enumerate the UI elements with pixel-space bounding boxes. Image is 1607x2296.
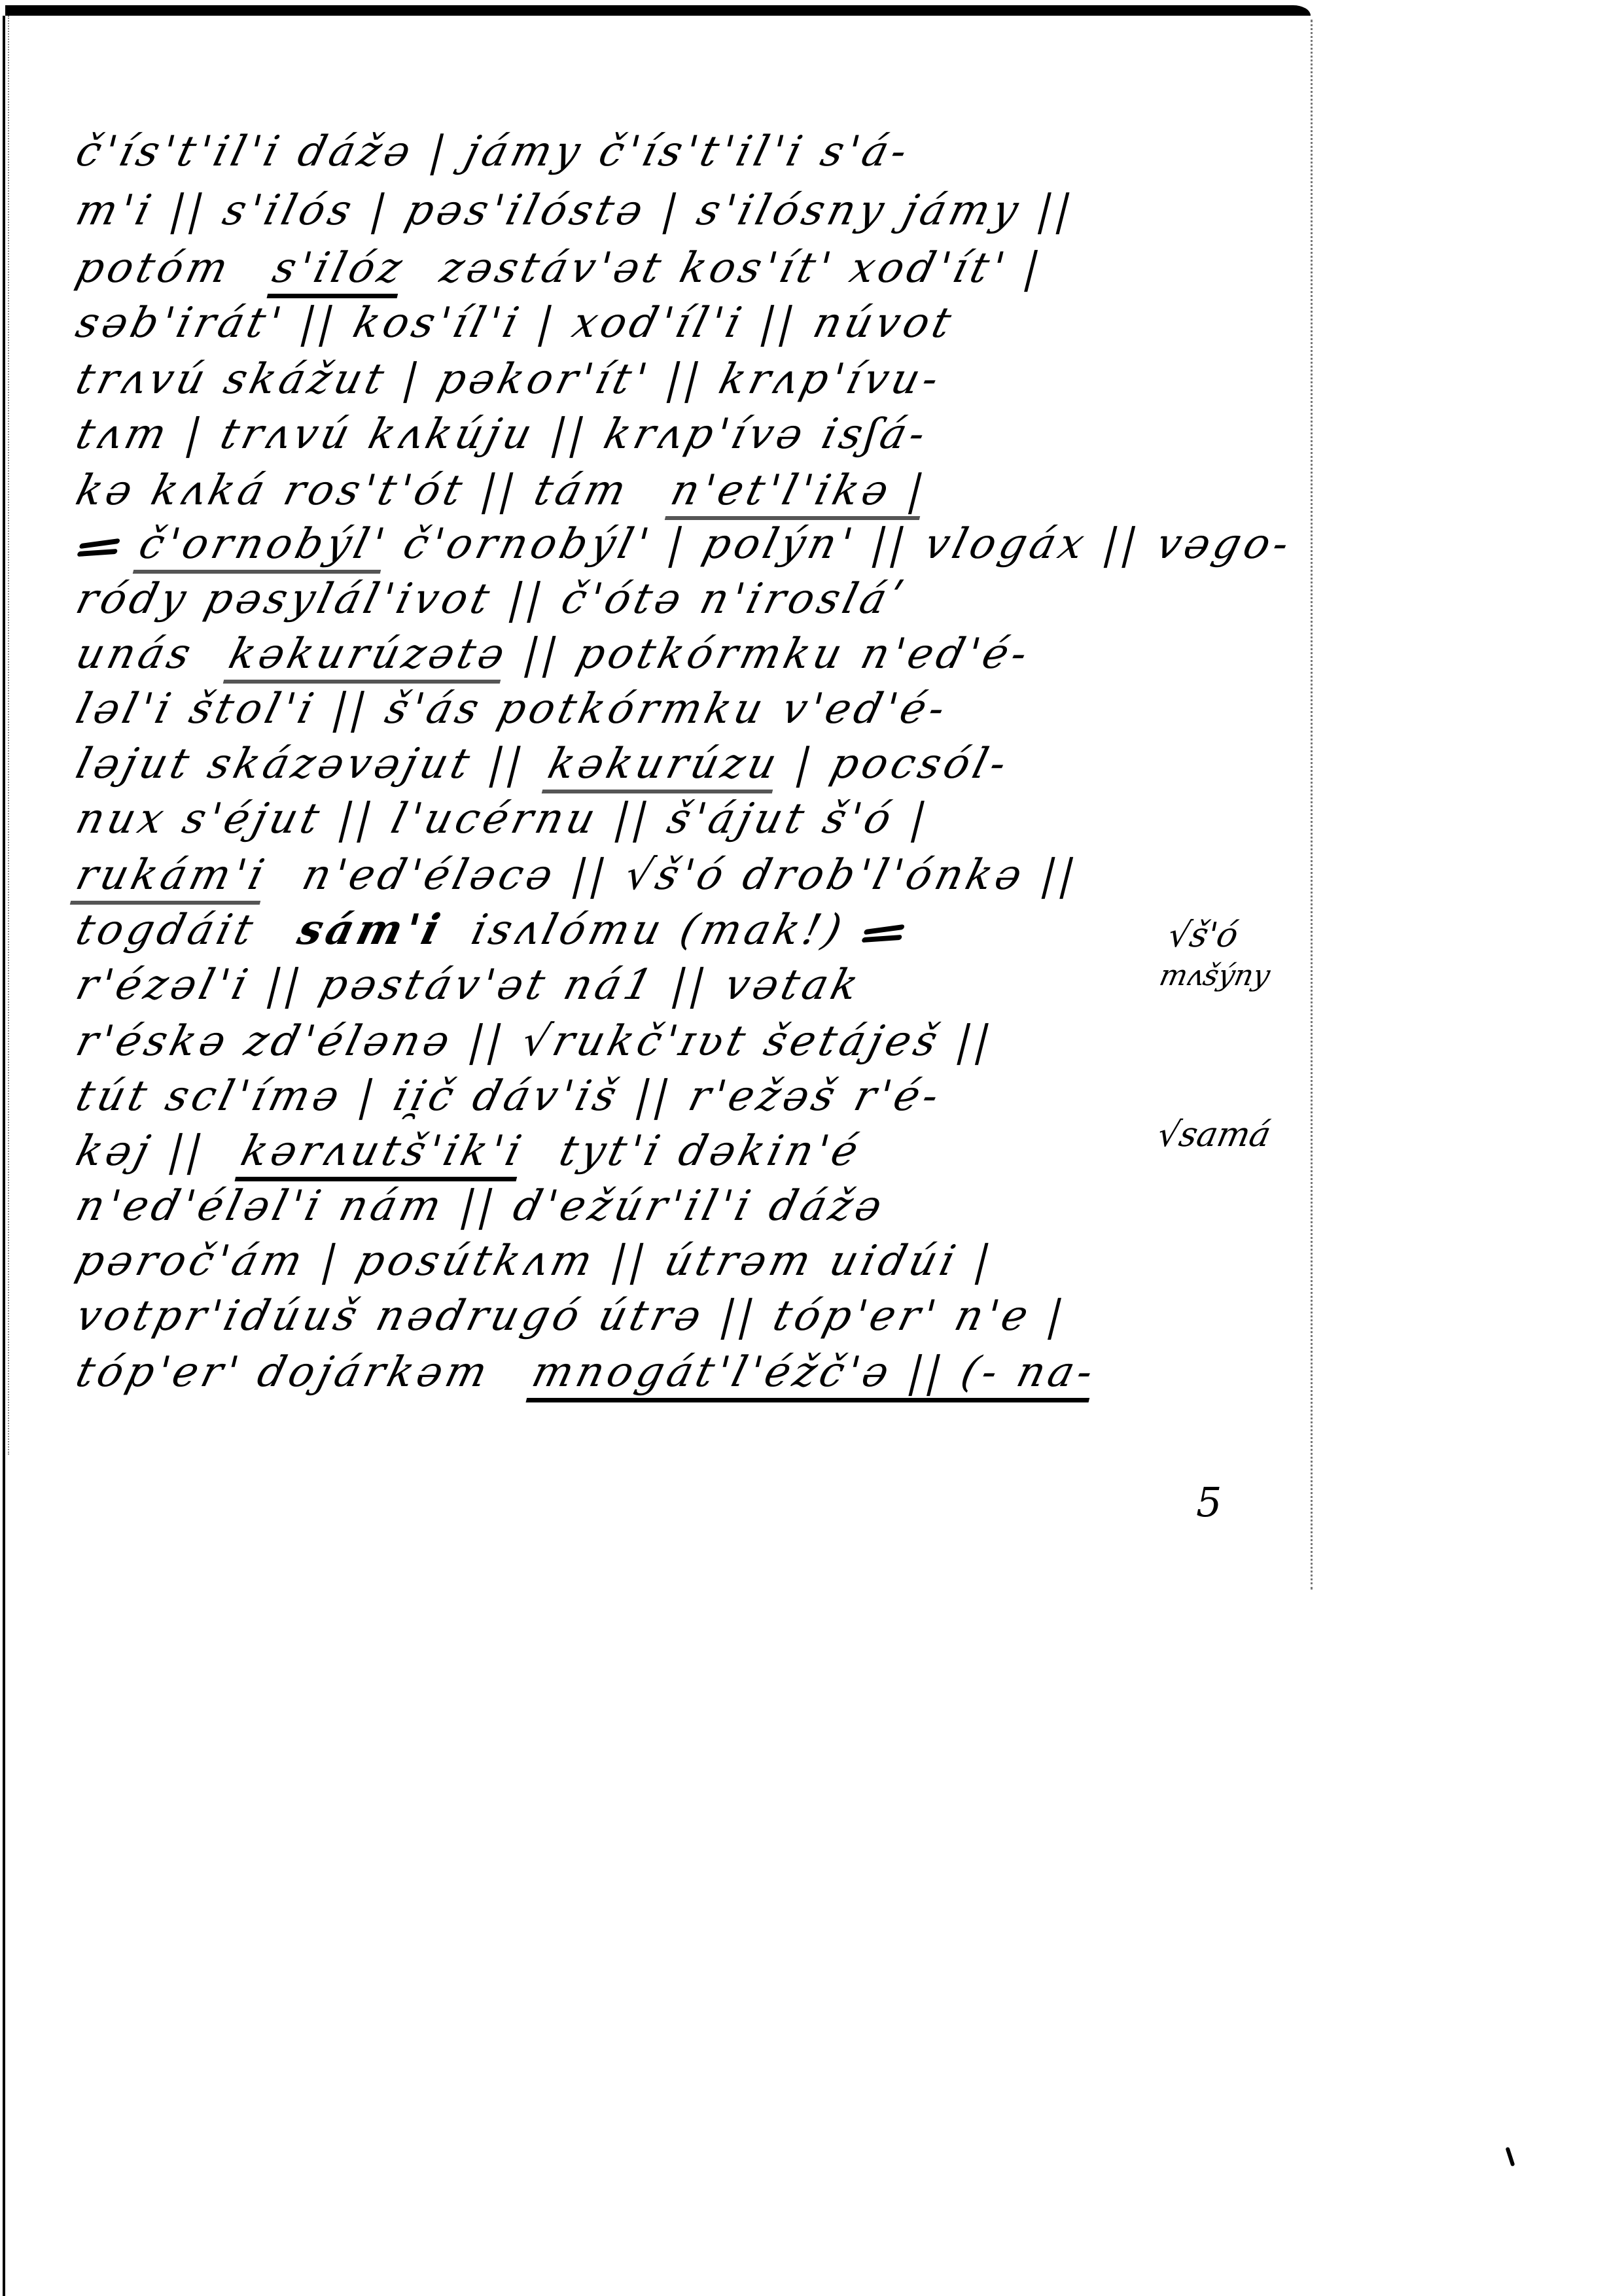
margin-note-text: √samá (1154, 1115, 1275, 1155)
emphasized-word-sami: sám'i (293, 905, 449, 954)
underlined-word-kakuruzata: kəkurúzətə (223, 630, 514, 684)
line-text: ləl'i štol'i || š'ás potkórmku v'ed'é- (71, 685, 954, 733)
text-line-2: m'i || s'ilós | pəs'ilóstə | s'ilósny já… (72, 190, 1080, 232)
line-text: č'ornobýl' | polýn' || vlogáx || vəgo- (398, 520, 1298, 568)
line-text: unás (71, 630, 200, 678)
text-line-14: rukám'i n'ed'éləcə || √š'ó drob'l'ónkə |… (72, 854, 1083, 896)
line-text: | pocsól- (790, 740, 1015, 788)
text-line-19: kəj || kərʌutš'ik'i tyt'i dəkin'é (72, 1130, 866, 1172)
line-text: n'ed'éləl'i nám || d'ežúr'il'i dážə (71, 1182, 891, 1230)
line-text: zəstáv'ət kos'ít' xod'ít' | (436, 244, 1049, 292)
underlined-word-chornobyl: č'ornobýl' (133, 520, 393, 574)
text-line-17: r'éskə zd'élənə || √rukč'ɪʋt šetáješ || (72, 1020, 998, 1062)
stray-ink-mark (1506, 2147, 1515, 2166)
text-line-1: č'ís't'il'i dážə | jámy č'ís't'il'i s'á- (72, 131, 915, 173)
line-text: tóp'er' dojárkəm (71, 1348, 496, 1397)
page-right-edge (1311, 20, 1313, 1590)
text-line-11: ləl'i štol'i || š'ás potkórmku v'ed'é- (72, 688, 953, 730)
underlined-word-siloz: s'ilóz (266, 244, 410, 298)
margin-note-line-1: √š'ó (1165, 916, 1282, 955)
text-line-3: potóm s'ilóz zəstáv'ət kos'ít' xod'ít' | (72, 247, 1048, 289)
crossed-out-mark (73, 534, 126, 561)
underlined-word-mnogatelezh: mnogát'l'éžč'ə || (- na- (526, 1348, 1102, 1402)
line-text: tyt'i dəkin'é (555, 1127, 867, 1175)
line-text: tút scl'ímə | ii̯č dáv'iš || r'ežəš r'é- (71, 1072, 947, 1121)
line-text: ləjut skázəvəjut || (71, 740, 532, 788)
line-text: togdáit (71, 906, 262, 954)
text-line-20: n'ed'éləl'i nám || d'ežúr'il'i dážə (72, 1185, 890, 1227)
text-line-18: tút scl'ímə | ii̯č dáv'iš || r'ežəš r'é- (72, 1075, 947, 1117)
line-text: č'ís't'il'i dážə | jámy č'ís't'il'i s'á- (71, 128, 916, 176)
crossed-out-mark (858, 920, 910, 947)
text-line-10: unás kəkurúzətə || potkórmku n'ed'é- (72, 633, 1035, 675)
text-line-23: tóp'er' dojárkəm mnogát'l'éžč'ə || (- na… (72, 1351, 1101, 1393)
underlined-word-rukami: rukám'i (70, 851, 273, 905)
page-left-edge (3, 16, 5, 2296)
margin-note-sho-mashiny: √š'ó mʌšýny (1157, 916, 1282, 992)
line-text: kə kʌká ros't'ót || tám (71, 466, 635, 515)
line-text: tʌm | trʌvú kʌkúju || krʌp'ívə isʃá- (71, 410, 934, 459)
text-line-22: votpr'idúuš nədrugó útrə || tóp'er' n'e … (72, 1295, 1071, 1337)
page-top-border (5, 5, 1311, 16)
line-text: m'i || s'ilós | pəs'ilóstə | s'ilósny já… (71, 186, 1080, 235)
page-number: 5 (1196, 1478, 1222, 1526)
line-text: isʌlómu (mak!) (467, 906, 850, 954)
line-text: ródy pəsylál'ivot || č'ótə n'irosláʹ (71, 575, 911, 623)
line-text: kəj || (71, 1127, 211, 1175)
line-text: potóm (71, 244, 237, 292)
text-line-9: ródy pəsylál'ivot || č'ótə n'irosláʹ (72, 578, 910, 620)
line-text: votpr'idúuš nədrugó útrə || tóp'er' n'e … (71, 1292, 1072, 1340)
line-text: || potkórmku n'ed'é- (519, 630, 1036, 678)
text-line-7: kə kʌká ros't'ót || tám n'et'l'ikə | (72, 470, 932, 512)
underlined-word-karautsiki: kərʌutš'ik'i (235, 1127, 530, 1181)
line-text: r'ézəl'i || pəstáv'ət ná1 || vətak (71, 961, 867, 1009)
text-line-12: ləjut skázəvəjut || kəkurúzu | pocsól- (72, 743, 1014, 785)
text-line-4: səb'irát' || kos'íl'i | xod'íl'i || núvo… (72, 302, 959, 344)
line-text: nux s'éjut || l'ucérnu || š'ájut š'ó | (71, 795, 936, 843)
underlined-word-kakuruzu: kəkurúzu (542, 740, 785, 793)
notebook-page: č'ís't'il'i dážə | jámy č'ís't'il'i s'á-… (0, 0, 1607, 2296)
text-line-15: togdáit sám'i isʌlómu (mak!) (72, 909, 913, 951)
text-line-21: pəroč'ám | posútkʌm || útrəm uidúi | (72, 1240, 998, 1282)
page-left-margin-dots (8, 16, 9, 1455)
line-text: n'ed'éləcə || √š'ó drob'l'ónkə || (298, 851, 1084, 899)
text-line-8: č'ornobýl' č'ornobýl' | polýn' || vlogáx… (72, 523, 1297, 565)
line-text: pəroč'ám | posútkʌm || útrəm uidúi | (71, 1237, 999, 1285)
text-line-16: r'ézəl'i || pəstáv'ət ná1 || vətak (72, 964, 866, 1006)
text-line-5: trʌvú skážut | pəkor'ít' || krʌp'ívu- (72, 358, 946, 400)
margin-note-line-2: mʌšýny (1157, 959, 1273, 992)
text-line-13: nux s'éjut || l'ucérnu || š'ájut š'ó | (72, 798, 934, 840)
line-text: trʌvú skážut | pəkor'ít' || krʌp'ívu- (71, 355, 947, 404)
line-text: səb'irát' || kos'íl'i | xod'íl'i || núvo… (71, 299, 960, 347)
text-line-6: tʌm | trʌvú kʌkúju || krʌp'ívə isʃá- (72, 413, 933, 455)
line-text: r'éskə zd'élənə || √rukč'ɪʋt šetáješ || (71, 1017, 1000, 1066)
margin-note-sama: √samá (1154, 1115, 1275, 1155)
underlined-word-netlika: n'et'l'ikə | (665, 466, 933, 520)
